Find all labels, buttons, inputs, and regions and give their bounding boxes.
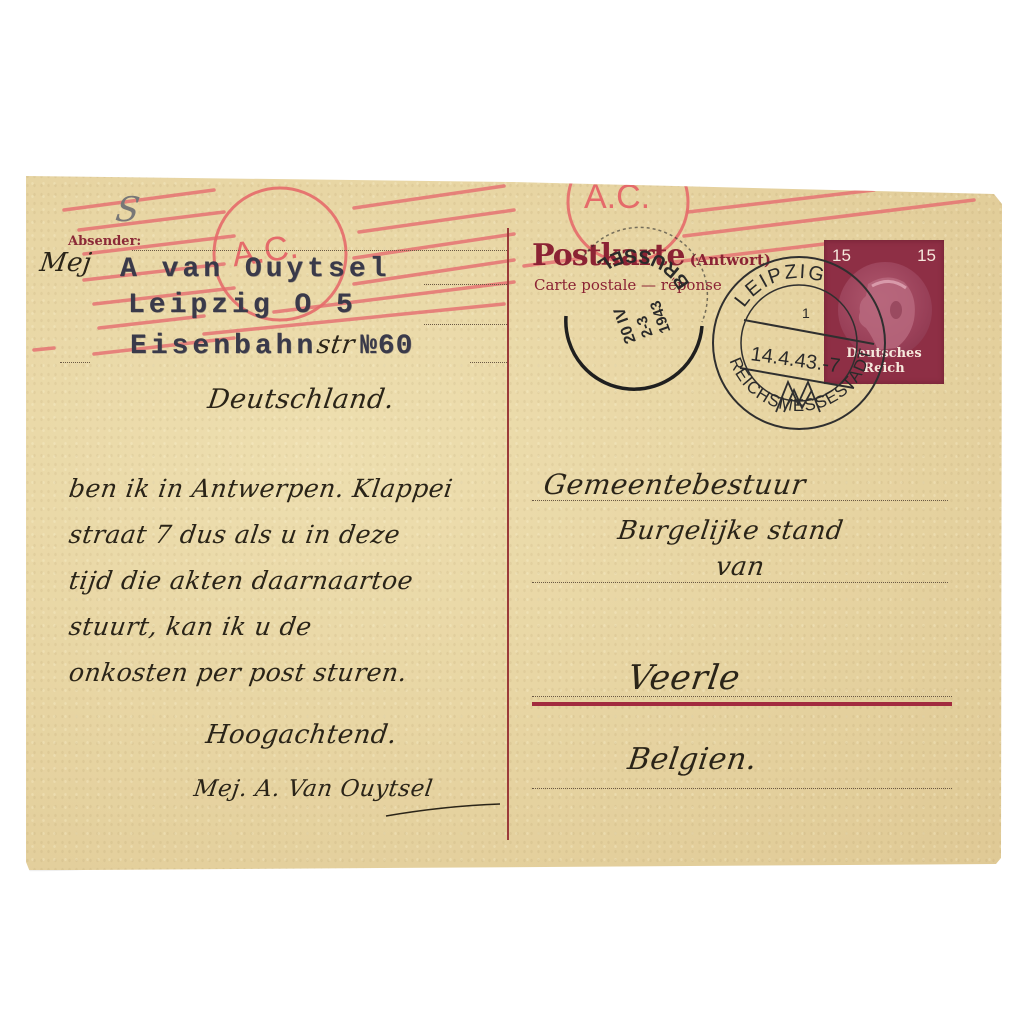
svg-text:BRUSSEL: BRUSSEL (591, 244, 694, 292)
sender-street: Eisenbahnstr №60 (130, 330, 413, 362)
censor-mark-ac: A.C. (584, 178, 650, 217)
postmark-leipzig: LEIPZIG 1 14.4.43.-7 REICHSMESSESTADT (704, 248, 894, 438)
message-line: onkosten per post sturen. (65, 658, 511, 704)
message-line: straat 7 dus als u in deze (65, 520, 511, 566)
postmark-city: LEIPZIG (730, 261, 828, 311)
sender-prefix: Mej (38, 248, 94, 278)
postmark-city: BRUSSEL (591, 244, 694, 292)
dotted-line (470, 362, 507, 363)
dotted-line (532, 582, 948, 583)
recipient-line1: Gemeentebestuur (542, 468, 808, 501)
signature: Mej. A. Van Ouytsel (192, 776, 434, 802)
dotted-line (532, 788, 952, 789)
sender-country: Deutschland. (206, 384, 397, 415)
postcard: A.C. A.C. S Absender: Mej A van Ouytsel … (24, 172, 1002, 870)
sender-label: Absender: (68, 234, 141, 249)
city-underline (532, 702, 952, 706)
recipient-line3: van (714, 552, 767, 582)
svg-text:LEIPZIG: LEIPZIG (730, 261, 828, 311)
message-line: tijd die akten daarnaartoe (65, 566, 511, 612)
recipient-line2: Burgelijke stand (616, 516, 845, 546)
signature-underline (384, 800, 504, 820)
dotted-line (532, 696, 952, 697)
sender-house-number: №60 (360, 331, 413, 362)
dotted-line (132, 250, 507, 251)
message-line: ben ik in Antwerpen. Klappei (65, 474, 511, 520)
recipient-country: Belgien. (626, 742, 760, 777)
message-line: stuurt, kan ik u de (65, 612, 511, 658)
postmark-brussels: BRUSSEL 20 IV 2-3 1943 (544, 226, 724, 406)
closing: Hoogachtend. (204, 720, 399, 750)
sender-city: Leipzig O 5 (128, 290, 357, 321)
sender-name: A van Ouytsel (120, 254, 390, 285)
dotted-line (424, 284, 507, 285)
message-body: ben ik in Antwerpen. Klappei straat 7 du… (68, 474, 508, 704)
postmark-month: IV (611, 305, 632, 325)
dotted-line (424, 324, 507, 325)
sender-street-typed: Eisenbahn (130, 331, 317, 362)
card-divider (507, 228, 509, 840)
recipient-city: Veerle (625, 658, 743, 698)
sender-street-hand: str (315, 330, 357, 360)
dotted-line (60, 362, 90, 363)
postmark-district: 1 (802, 305, 810, 321)
